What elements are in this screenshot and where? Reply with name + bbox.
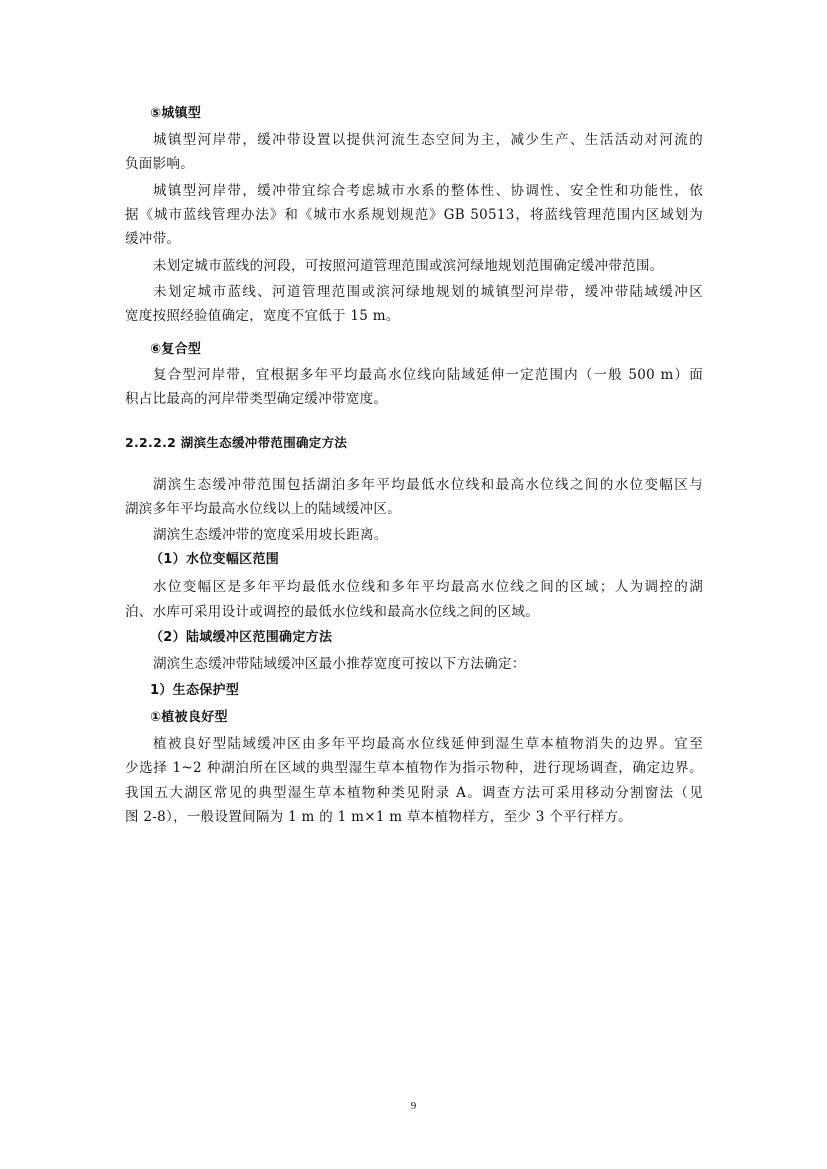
paragraph-line: 未划定城市蓝线、河道管理范围或滨河绿地规划的城镇型河岸带，缓冲带陆域缓冲区	[153, 283, 703, 301]
paragraph-line: 未划定城市蓝线的河段，可按照河道管理范围或滨河绿地规划范围确定缓冲带范围。	[153, 257, 703, 275]
paragraph-line: 植被良好型陆域缓冲区由多年平均最高水位线延伸到湿生草本植物消失的边界。宜至	[153, 735, 703, 753]
paragraph-line: 复合型河岸带，宜根据多年平均最高水位线向陆域延伸一定范围内（一般 500 m）面	[153, 366, 703, 384]
paragraph-line: 泊、水库可采用设计或调控的最低水位线和最高水位线之间的区域。	[125, 603, 703, 621]
document-page: ⑤城镇型 城镇型河岸带，缓冲带设置以提供河流生态空间为主，减少生产、生活活动对河…	[0, 0, 827, 1169]
paragraph-line: 湖滨生态缓冲带的宽度采用坡长距离。	[153, 526, 703, 544]
paragraph-line: 图 2-8），一般设置间隔为 1 m 的 1 m×1 m 草本植物样方，至少 3…	[125, 808, 703, 826]
paragraph-line: 负面影响。	[125, 155, 703, 173]
subheading-eco-protection: 1）生态保护型	[150, 682, 728, 700]
paragraph-line: 水位变幅区是多年平均最低水位线和多年平均最高水位线之间的区域；人为调控的湖	[153, 578, 703, 596]
paragraph-line: 我国五大湖区常见的典型湿生草本植物种类见附录 A。调查方法可采用移动分割窗法（见	[125, 784, 703, 802]
subheading-urban-type: ⑤城镇型	[150, 105, 728, 123]
paragraph-line: 缓冲带。	[125, 230, 703, 248]
paragraph-line: 积占比最高的河岸带类型确定缓冲带宽度。	[125, 390, 703, 408]
paragraph-line: 城镇型河岸带，缓冲带设置以提供河流生态空间为主，减少生产、生活活动对河流的	[153, 131, 703, 149]
paragraph-line: 城镇型河岸带，缓冲带宜综合考虑城市水系的整体性、协调性、安全性和功能性，依	[153, 182, 703, 200]
paragraph-line: 湖滨多年平均最高水位线以上的陆域缓冲区。	[125, 500, 703, 518]
paragraph-line: 湖滨生态缓冲带范围包括湖泊多年平均最低水位线和最高水位线之间的水位变幅区与	[153, 476, 703, 494]
section-heading: 2.2.2.2 湖滨生态缓冲带范围确定方法	[125, 434, 703, 452]
page-number: 9	[0, 1100, 827, 1112]
paragraph-line: 宽度按照经验值确定，宽度不宜低于 15 m。	[125, 307, 703, 325]
paragraph-line: 据《城市蓝线管理办法》和《城市水系规划规范》GB 50513，将蓝线管理范围内区…	[125, 206, 703, 224]
subheading-land-buffer-method: （2）陆域缓冲区范围确定方法	[150, 629, 728, 647]
paragraph-line: 湖滨生态缓冲带陆域缓冲区最小推荐宽度可按以下方法确定：	[153, 655, 703, 673]
subheading-good-vegetation: ①植被良好型	[150, 709, 728, 727]
subheading-composite-type: ⑥复合型	[150, 341, 728, 359]
subheading-water-level-zone: （1）水位变幅区范围	[150, 551, 728, 569]
paragraph-line: 少选择 1~2 种湖泊所在区域的典型湿生草本植物作为指示物种，进行现场调查，确定…	[125, 759, 703, 777]
